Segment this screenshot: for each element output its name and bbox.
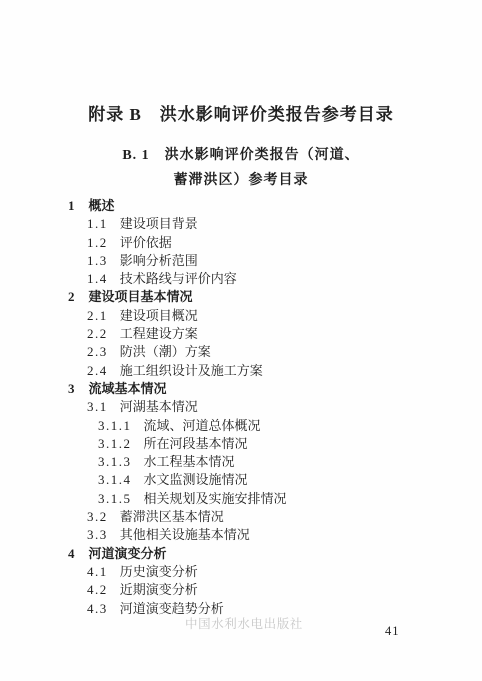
toc-item-2.2: 2.2工程建设方案 bbox=[68, 325, 442, 343]
toc-item-label: 技术路线与评价内容 bbox=[120, 271, 237, 286]
toc-item-number: 2 bbox=[68, 289, 75, 304]
toc-item-number: 3 bbox=[68, 381, 75, 396]
section-subtitle: B. 1 洪水影响评价类报告（河道、 蓄滞洪区）参考目录 bbox=[0, 143, 482, 193]
toc-item-3.3: 3.3其他相关设施基本情况 bbox=[68, 526, 442, 544]
toc-item-1.1: 1.1建设项目背景 bbox=[68, 215, 442, 233]
toc-item-label: 蓄滞洪区基本情况 bbox=[120, 509, 224, 524]
toc-item-number: 3.1.4 bbox=[98, 472, 132, 487]
toc-item-number: 2.1 bbox=[87, 308, 108, 323]
toc-item-3.1.3: 3.1.3水工程基本情况 bbox=[68, 453, 442, 471]
toc-item-label: 工程建设方案 bbox=[120, 326, 198, 341]
toc-item-4.2: 4.2近期演变分析 bbox=[68, 581, 442, 599]
toc-item-label: 建设项目概况 bbox=[120, 308, 198, 323]
toc-item-number: 3.3 bbox=[87, 527, 108, 542]
toc-item-number: 3.1.3 bbox=[98, 454, 132, 469]
toc-item-3.1: 3.1河湖基本情况 bbox=[68, 398, 442, 416]
toc-item-number: 3.2 bbox=[87, 509, 108, 524]
toc-item-1: 1概述 bbox=[68, 197, 442, 215]
toc-item-number: 2.4 bbox=[87, 363, 108, 378]
toc-item-number: 3.1.1 bbox=[98, 418, 132, 433]
toc-item-label: 其他相关设施基本情况 bbox=[120, 527, 250, 542]
toc-item-2.3: 2.3防洪（潮）方案 bbox=[68, 343, 442, 361]
toc-item-3.1.4: 3.1.4水文监测设施情况 bbox=[68, 471, 442, 489]
toc-item-label: 相关规划及实施安排情况 bbox=[144, 491, 287, 506]
toc-item-1.4: 1.4技术路线与评价内容 bbox=[68, 270, 442, 288]
toc-item-2.4: 2.4施工组织设计及施工方案 bbox=[68, 362, 442, 380]
toc-item-number: 3.1.5 bbox=[98, 491, 132, 506]
table-of-contents: 1概述1.1建设项目背景1.2评价依据1.3影响分析范围1.4技术路线与评价内容… bbox=[68, 197, 442, 618]
toc-item-number: 2.3 bbox=[87, 344, 108, 359]
toc-item-label: 近期演变分析 bbox=[120, 582, 198, 597]
toc-item-label: 河道演变分析 bbox=[89, 546, 167, 561]
toc-item-label: 建设项目背景 bbox=[120, 216, 198, 231]
toc-item-label: 概述 bbox=[89, 198, 115, 213]
toc-item-1.2: 1.2评价依据 bbox=[68, 234, 442, 252]
toc-item-number: 1.1 bbox=[87, 216, 108, 231]
toc-item-label: 防洪（潮）方案 bbox=[120, 344, 211, 359]
toc-item-label: 水文监测设施情况 bbox=[144, 472, 248, 487]
toc-item-1.3: 1.3影响分析范围 bbox=[68, 252, 442, 270]
toc-item-number: 4.2 bbox=[87, 582, 108, 597]
toc-item-label: 建设项目基本情况 bbox=[89, 289, 193, 304]
toc-item-number: 3.1.2 bbox=[98, 436, 132, 451]
toc-item-3.1.5: 3.1.5相关规划及实施安排情况 bbox=[68, 490, 442, 508]
document-page: 附录 B 洪水影响评价类报告参考目录 B. 1 洪水影响评价类报告（河道、 蓄滞… bbox=[0, 0, 482, 681]
toc-item-3.1.1: 3.1.1流域、河道总体概况 bbox=[68, 417, 442, 435]
toc-item-number: 4 bbox=[68, 546, 75, 561]
toc-item-3.1.2: 3.1.2所在河段基本情况 bbox=[68, 435, 442, 453]
toc-item-number: 4.3 bbox=[87, 601, 108, 616]
publisher-watermark: 中国水利水电出版社 bbox=[185, 614, 303, 632]
page-title: 附录 B 洪水影响评价类报告参考目录 bbox=[0, 100, 482, 125]
toc-item-number: 2.2 bbox=[87, 326, 108, 341]
toc-item-number: 1 bbox=[68, 198, 75, 213]
toc-item-label: 所在河段基本情况 bbox=[144, 436, 248, 451]
toc-item-number: 1.3 bbox=[87, 253, 108, 268]
toc-item-3: 3流域基本情况 bbox=[68, 380, 442, 398]
toc-item-4: 4河道演变分析 bbox=[68, 545, 442, 563]
toc-item-label: 历史演变分析 bbox=[120, 564, 198, 579]
toc-item-3.2: 3.2蓄滞洪区基本情况 bbox=[68, 508, 442, 526]
toc-item-label: 影响分析范围 bbox=[120, 253, 198, 268]
toc-item-2.1: 2.1建设项目概况 bbox=[68, 307, 442, 325]
toc-item-label: 评价依据 bbox=[120, 235, 172, 250]
toc-item-4.1: 4.1历史演变分析 bbox=[68, 563, 442, 581]
subtitle-line-2: 蓄滞洪区）参考目录 bbox=[0, 168, 482, 193]
toc-item-2: 2建设项目基本情况 bbox=[68, 288, 442, 306]
toc-item-label: 流域、河道总体概况 bbox=[144, 418, 261, 433]
page-number: 41 bbox=[385, 624, 400, 639]
toc-item-label: 流域基本情况 bbox=[89, 381, 167, 396]
subtitle-line-1: B. 1 洪水影响评价类报告（河道、 bbox=[0, 143, 482, 168]
toc-item-number: 4.1 bbox=[87, 564, 108, 579]
toc-item-number: 1.2 bbox=[87, 235, 108, 250]
toc-item-number: 3.1 bbox=[87, 399, 108, 414]
toc-item-label: 水工程基本情况 bbox=[144, 454, 235, 469]
toc-item-number: 1.4 bbox=[87, 271, 108, 286]
toc-item-label: 河湖基本情况 bbox=[120, 399, 198, 414]
toc-item-label: 施工组织设计及施工方案 bbox=[120, 363, 263, 378]
